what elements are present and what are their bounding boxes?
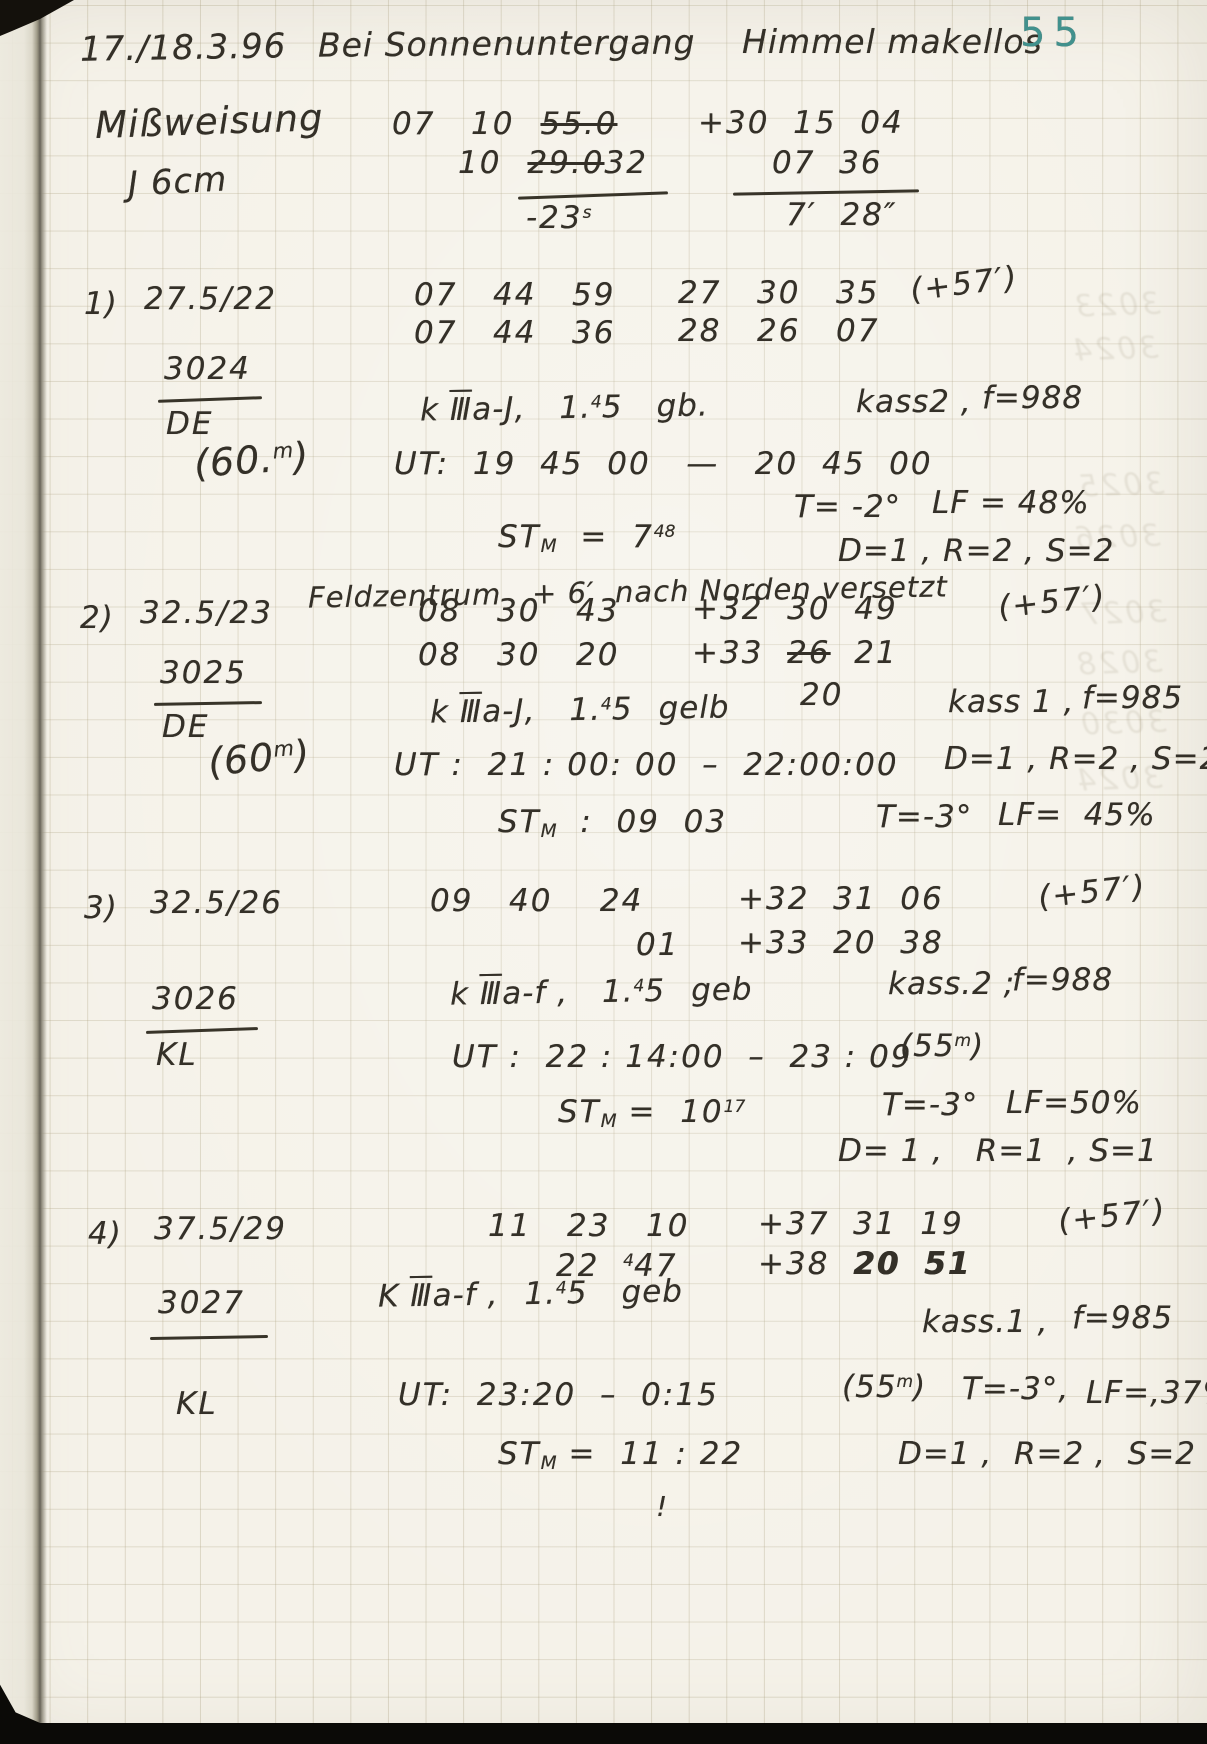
- humidity: LF= 45%: [998, 797, 1156, 833]
- film-line: k Ⅲa-J,1.45gelb: [430, 689, 730, 730]
- temperature: T=-3°,: [962, 1371, 1069, 1407]
- ra-row-2: 07 44 36: [414, 315, 615, 351]
- focus-value: f=985: [1082, 680, 1183, 716]
- notebook-photo: 3023 3024 3025 3026 3027 3028 3030 3024 …: [0, 0, 1207, 1744]
- field-designation: 32.5/26: [150, 885, 283, 921]
- ra-struck-value: 55.0: [540, 106, 617, 142]
- dec-row-2: +33 26 21: [692, 635, 898, 671]
- weather-note-left: Bei Sonnenuntergang: [318, 22, 696, 64]
- temperature: T= -2°: [794, 489, 901, 525]
- humidity: LF=,37%: [1086, 1375, 1207, 1411]
- cassette-note: kass.1 ,: [922, 1304, 1049, 1340]
- site-code: DE: [162, 709, 209, 745]
- cassette-note: kass.2 ;: [888, 966, 1015, 1002]
- dec-value: +33: [692, 635, 787, 671]
- film-roman: Ⅲ: [460, 694, 483, 730]
- stm-sub: M: [541, 821, 557, 842]
- aperture-sup: 4: [556, 1278, 567, 1298]
- ra-value: 10: [458, 145, 501, 181]
- duration-close: ): [913, 1369, 926, 1405]
- sidereal-time: STM : 09 03: [498, 804, 727, 840]
- stm-label: ST: [498, 804, 541, 840]
- declination-title: Mißweisung: [94, 96, 324, 147]
- ra-calc-row-1: 07 1055.0: [392, 106, 618, 142]
- field-designation: 37.5/29: [154, 1211, 287, 1247]
- filter-note: gb.: [656, 387, 709, 424]
- sidereal-time: STM = 748: [498, 519, 675, 555]
- humidity: LF = 48%: [932, 485, 1090, 521]
- film-variant: a-J,: [472, 391, 526, 428]
- film-variant: a-J,: [482, 693, 536, 730]
- film-roman: Ⅲ: [450, 392, 473, 428]
- ra-result-sup: s: [583, 203, 592, 223]
- duration-sup: m: [272, 439, 294, 464]
- aperture-sup: 4: [601, 694, 612, 714]
- duration-close: ): [292, 434, 311, 479]
- dec-value: +38: [758, 1246, 853, 1282]
- film-line: k Ⅲa-J,1.45gb.: [420, 387, 709, 428]
- dec-row-2: 28 26 07: [678, 313, 879, 349]
- film-variant: a-f ,: [502, 975, 568, 1012]
- aperture-rest: 5: [601, 389, 622, 425]
- stm-sub: M: [601, 1111, 617, 1132]
- field-designation: 27.5/22: [144, 281, 277, 317]
- entry-index: 4): [88, 1216, 122, 1252]
- entry-date: 17./18.3.96: [80, 26, 287, 70]
- filter-note: gelb: [658, 689, 730, 726]
- dec-row-1: +32 31 06: [738, 881, 944, 917]
- ra-row-2: 01: [636, 927, 679, 963]
- ra-row-1: 09 40 24: [430, 883, 643, 919]
- stm-sub: M: [541, 1453, 557, 1474]
- aperture-sup: 4: [633, 976, 644, 996]
- stm-sub: M: [541, 536, 557, 557]
- dec-result: 7′ 28″: [786, 197, 898, 233]
- dec-row-1: 27 30 35: [678, 275, 879, 311]
- ut-time-range: UT : 21 : 00: 00 – 22:00:00: [394, 747, 899, 783]
- exposure-duration: (60.m): [193, 434, 311, 486]
- temperature: T=-3°: [882, 1087, 978, 1123]
- filter-note: geb: [621, 1273, 683, 1310]
- dec-calc-row-2: 07 36: [772, 145, 883, 181]
- film-type: k: [450, 976, 480, 1013]
- stm-sup: 17: [724, 1097, 746, 1117]
- dec-gap: [900, 1246, 924, 1282]
- film-type: k: [420, 392, 450, 429]
- duration-open: (60.: [193, 437, 275, 486]
- film-roman: Ⅲ: [480, 976, 503, 1012]
- ut-time-range: UT: 19 45 00 — 20 45 00: [394, 446, 933, 482]
- bleedthrough-fragment: 3023: [1071, 286, 1161, 324]
- ra-result: -23s: [526, 200, 592, 236]
- stm-value: = 11 : 22: [557, 1436, 744, 1472]
- aperture: 1.: [602, 973, 634, 1010]
- dec-row-1: +32 30 49: [692, 591, 898, 627]
- dec-row-2: +38 20 51: [758, 1246, 971, 1282]
- site-code: KL: [156, 1037, 198, 1073]
- plate-number: 3024: [164, 351, 251, 387]
- exposure-duration: (55m): [842, 1369, 926, 1405]
- aperture: 1.: [559, 390, 591, 427]
- ra-result-value: -23: [526, 200, 583, 236]
- ra-row-1: 08 30 43: [418, 593, 619, 629]
- stm-label: ST: [498, 1436, 541, 1472]
- stm-value: : 09 03: [557, 804, 727, 840]
- ra-row-2: 08 30 20: [418, 637, 619, 673]
- ra-sup: 4: [623, 1251, 634, 1271]
- ra-calc-row-2: 1029.032: [458, 145, 648, 181]
- plate-number: 3025: [160, 655, 247, 691]
- ra-row-1: 11 23 10: [488, 1208, 689, 1244]
- duration-open: (55: [900, 1028, 955, 1064]
- stray-pen-mark: !: [656, 1490, 668, 1523]
- duration-close: ): [971, 1028, 984, 1064]
- duration-sup: m: [955, 1031, 972, 1051]
- dec-correction: 20: [800, 677, 843, 713]
- dec-calc-row-1: +30 15 04: [698, 105, 904, 141]
- focus-value: f=988: [1012, 962, 1113, 998]
- ra-struck-value: 29.0: [527, 145, 604, 181]
- quality-codes: D= 1 , R=1 , S=1: [838, 1133, 1158, 1169]
- quality-codes: D=1 , R=2 , S=2: [944, 741, 1207, 777]
- dec-struck-value: 26: [787, 635, 830, 671]
- page-number: 55: [1020, 10, 1087, 56]
- bleedthrough-fragment: 3028: [1073, 644, 1163, 682]
- site-code: DE: [166, 406, 213, 442]
- aperture-rest: 5: [566, 1275, 587, 1311]
- film-type: K: [378, 1278, 411, 1315]
- exposure-duration: (60m): [206, 732, 312, 785]
- sidereal-time: STM = 11 : 22: [498, 1436, 743, 1472]
- stm-value: = 10: [617, 1094, 724, 1130]
- aperture-sup: 4: [591, 392, 602, 412]
- entry-index: 1): [84, 286, 118, 322]
- focus-value: f=985: [1072, 1300, 1173, 1336]
- temperature: T=-3°: [876, 799, 972, 835]
- plate-number: 3027: [158, 1285, 245, 1321]
- site-code: KL: [176, 1386, 218, 1422]
- dec-value: 21: [831, 635, 898, 671]
- film-line: k Ⅲa-f ,1.45geb: [450, 971, 753, 1012]
- duration-open: (55: [842, 1369, 897, 1405]
- humidity: LF=50%: [1006, 1085, 1142, 1121]
- aperture: 1.: [569, 692, 601, 729]
- dec-overwritten-value: 51: [924, 1246, 971, 1282]
- bleedthrough-fragment: 3024: [1069, 330, 1159, 368]
- aperture: 1.: [524, 1276, 556, 1313]
- film-roman: Ⅲ: [410, 1278, 433, 1314]
- plate-number: 3026: [152, 981, 239, 1017]
- duration-sup: m: [273, 736, 295, 762]
- ra-row-1: 07 44 59: [414, 277, 615, 313]
- dec-row-2: +33 20 38: [738, 925, 944, 961]
- film-type: k: [430, 694, 460, 731]
- page-stack-edge: [0, 0, 47, 1744]
- entry-index: 2): [80, 600, 114, 636]
- ut-time-range: UT : 22 : 14:00 – 23 : 09: [452, 1039, 913, 1075]
- dec-row-1: +37 31 19: [758, 1206, 964, 1242]
- duration-open: (60: [206, 735, 276, 785]
- quality-codes: D=1 , R=2 , S=2: [838, 533, 1114, 569]
- dec-overwritten-value: 20: [853, 1246, 900, 1282]
- declination-subtitle: J 6cm: [127, 159, 228, 204]
- film-line: K Ⅲa-f ,1.45geb: [378, 1273, 684, 1314]
- aperture-rest: 5: [611, 691, 632, 727]
- stm-value: = 7: [557, 519, 654, 555]
- cassette-note: kass 1 ,: [948, 684, 1075, 720]
- ut-time-range: UT: 23:20 – 0:15: [398, 1377, 719, 1413]
- focus-value: f=988: [982, 380, 1083, 416]
- ra-values: 07 10: [392, 106, 514, 142]
- filter-note: geb: [691, 971, 753, 1008]
- stm-label: ST: [558, 1094, 601, 1130]
- ra-corrected-value: 32: [604, 145, 647, 181]
- film-variant: a-f ,: [432, 1277, 498, 1314]
- quality-codes: D=1 , R=2 , S=2: [898, 1436, 1196, 1472]
- entry-index: 3): [84, 890, 118, 926]
- duration-sup: m: [897, 1372, 914, 1392]
- aperture-rest: 5: [644, 973, 665, 1009]
- sidereal-time: STM = 1017: [558, 1094, 745, 1130]
- photo-edge-bottom: [0, 1723, 1207, 1744]
- stm-label: ST: [498, 519, 541, 555]
- cassette-note: kass2 ,: [856, 384, 972, 420]
- exposure-duration: (55m): [900, 1028, 984, 1064]
- paper-shading: [0, 0, 1207, 1744]
- weather-note-right: Himmel makellos: [742, 22, 1043, 61]
- stm-sup: 48: [654, 522, 676, 542]
- field-designation: 32.5/23: [140, 595, 273, 631]
